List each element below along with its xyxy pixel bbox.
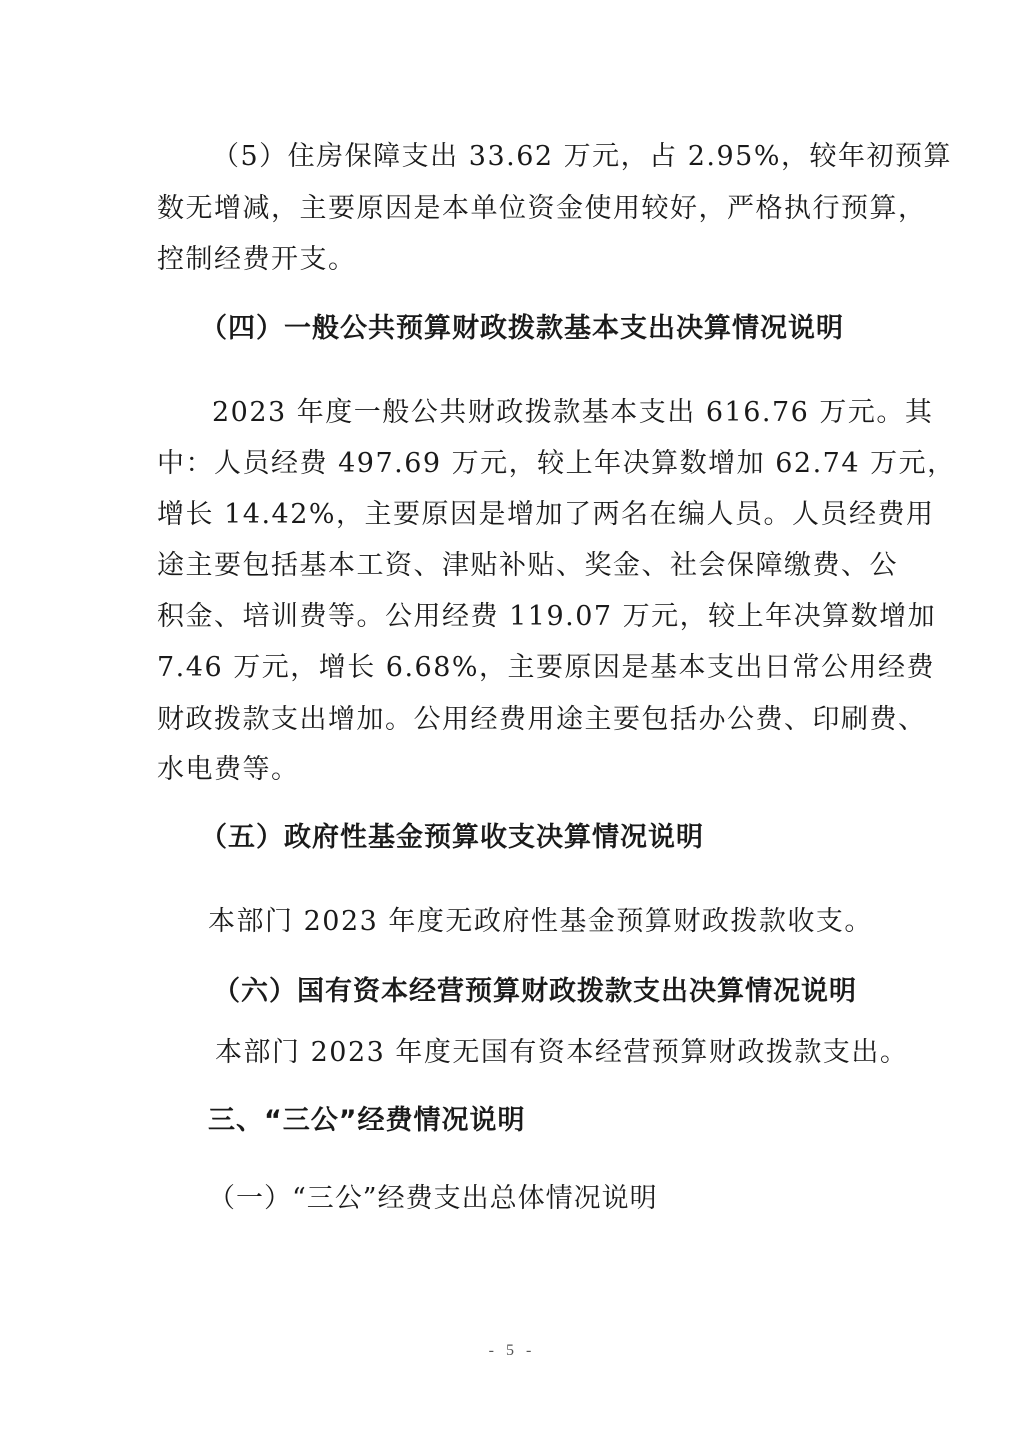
paragraph-line: 途主要包括基本工资、津贴补贴、奖金、社会保障缴费、公 (157, 549, 877, 583)
paragraph-line: 中：人员经费 497.69 万元，较上年决算数增加 62.74 万元， (157, 447, 877, 481)
paragraph-line: 水电费等。 (157, 753, 877, 787)
document-page: （5）住房保障支出 33.62 万元，占 2.95%，较年初预算 数无增减，主要… (0, 0, 1024, 1448)
section-heading-four: （四）一般公共预算财政拨款基本支出决算情况说明 (200, 312, 844, 346)
page-number: - 5 - (0, 1342, 1024, 1360)
section-heading-six: （六）国有资本经营预算财政拨款支出决算情况说明 (213, 975, 857, 1009)
paragraph-line: 7.46 万元，增长 6.68%，主要原因是基本支出日常公用经费 (157, 651, 877, 685)
paragraph-line: 数无增减，主要原因是本单位资金使用较好，严格执行预算， (157, 192, 877, 226)
paragraph-line: 控制经费开支。 (157, 243, 877, 277)
paragraph-line: 本部门 2023 年度无政府性基金预算财政拨款收支。 (208, 905, 928, 939)
part-heading-three: 三、“三公”经费情况说明 (208, 1104, 526, 1138)
paragraph-line: 本部门 2023 年度无国有资本经营预算财政拨款支出。 (215, 1036, 935, 1070)
paragraph-line: 2023 年度一般公共财政拨款基本支出 616.76 万元。其 (212, 396, 932, 430)
paragraph-line: 财政拨款支出增加。公用经费用途主要包括办公费、印刷费、 (157, 703, 877, 737)
subsection-heading-one: （一）“三公”经费支出总体情况说明 (208, 1182, 658, 1216)
paragraph-line: 积金、培训费等。公用经费 119.07 万元，较上年决算数增加 (157, 600, 877, 634)
section-heading-five: （五）政府性基金预算收支决算情况说明 (200, 821, 704, 855)
paragraph-line: 增长 14.42%，主要原因是增加了两名在编人员。人员经费用 (157, 498, 877, 532)
paragraph-line: （5）住房保障支出 33.62 万元，占 2.95%，较年初预算 (212, 140, 932, 174)
